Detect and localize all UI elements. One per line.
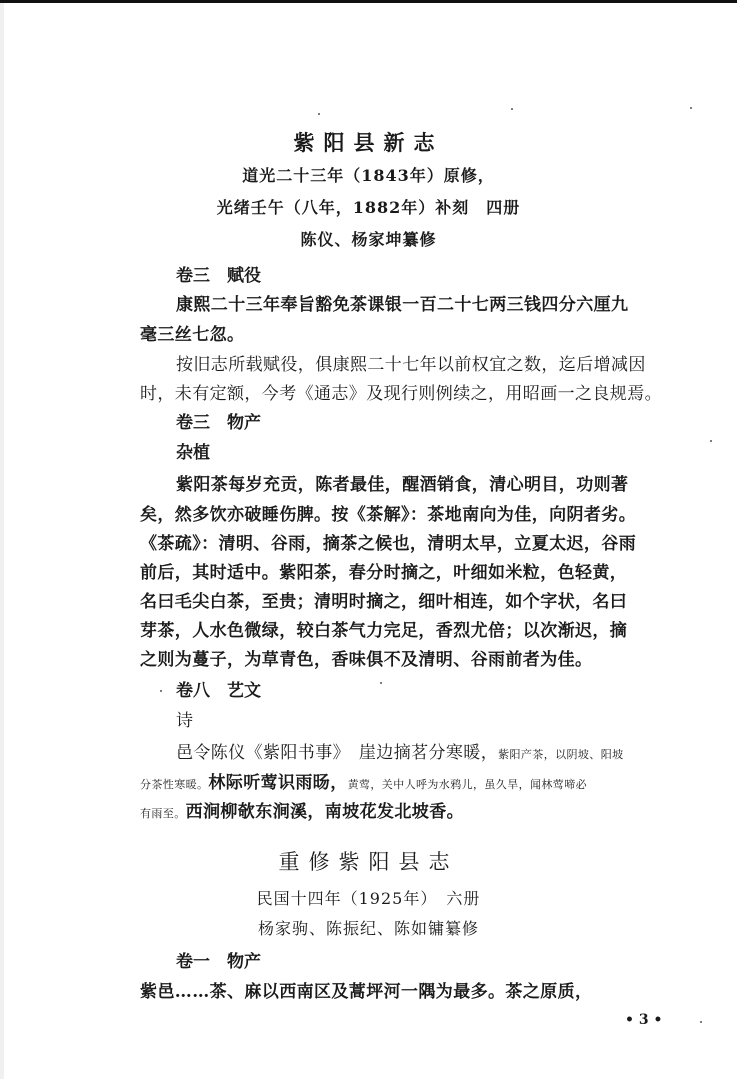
text-line: 毫三丝七忽。 bbox=[140, 320, 244, 345]
poem-subheading: 诗 bbox=[176, 706, 193, 731]
scan-speck bbox=[710, 440, 712, 442]
text-line: 之则为蔓子，为草青色，香味俱不及清明、谷雨前者为佳。 bbox=[140, 645, 592, 670]
text-line: 名曰毛尖白茶，至贵；清明时摘之，细叶相连，如个字状，名曰 bbox=[140, 587, 627, 612]
text-line: 矣，然多饮亦破睡伤脾。按《茶解》：茶地南向为佳，向阴者劣。 bbox=[140, 500, 636, 525]
section1-edition-line1: 道光二十三年（1843年）原修， bbox=[0, 163, 737, 186]
poem-line3-note: 有雨至。 bbox=[140, 807, 186, 820]
scan-speck bbox=[380, 682, 382, 684]
juan3-wuchan-heading: 卷三 物产 bbox=[176, 408, 261, 433]
text-line: 康熙二十三年奉旨豁免茶课银一百二十七两三钱四分六厘九 bbox=[176, 290, 628, 315]
text-line: 紫阳茶每岁充贡，陈者最佳，醒酒销食，清心明目，功则著 bbox=[176, 470, 628, 495]
text-line: 前后，其时适中。紫阳茶，春分时摘之，叶细如米粒，色轻黄， bbox=[140, 558, 627, 583]
poem-line2-main: 林际听莺识雨旸， bbox=[208, 773, 347, 793]
section1-edition-line2: 光绪壬午（八年，1882年）补刻 四册 bbox=[0, 195, 737, 218]
section2-title: 重修紫阳县志 bbox=[0, 846, 737, 876]
juan8-yiwen-heading: 卷八 艺文 bbox=[176, 676, 261, 701]
page-number: • 3 • bbox=[625, 1012, 662, 1028]
scan-speck bbox=[690, 107, 692, 109]
text-line: 《茶疏》：清明、谷雨，摘茶之候也，清明太早，立夏太迟，谷雨 bbox=[140, 529, 636, 554]
text-line: 按旧志所载赋役，俱康熙二十七年以前权宜之数，迄后增减因 bbox=[176, 350, 646, 375]
zazhi-subheading: 杂植 bbox=[176, 438, 210, 463]
poem-line-3: 有雨至。西涧柳欹东涧溪，南坡花发北坡香。 bbox=[140, 797, 464, 822]
scan-speck bbox=[700, 1021, 702, 1023]
poem-line-2: 分茶性寒暖。林际听莺识雨旸，黄莺，关中人呼为水鸦儿，虽久旱，闻林莺啼必 bbox=[140, 768, 587, 793]
poem-line-1: 邑令陈仪《紫阳书事》 崖边摘茗分寒暖，紫阳产茶，以阴坡、阳坡 bbox=[176, 738, 624, 763]
poem-line2-note-b: 黄莺，关中人呼为水鸦儿，虽久旱，闻林莺啼必 bbox=[348, 778, 587, 791]
scan-speck bbox=[318, 113, 320, 115]
poem-line1-main: 邑令陈仪《紫阳书事》 崖边摘茗分寒暖， bbox=[176, 743, 498, 763]
poem-line1-note: 紫阳产茶，以阴坡、阳坡 bbox=[498, 748, 623, 761]
section1-compilers: 陈仪、杨家坤纂修 bbox=[0, 227, 737, 250]
section1-title: 紫阳县新志 bbox=[0, 127, 737, 157]
juan1-wuchan-heading: 卷一 物产 bbox=[176, 947, 261, 972]
section2-compilers: 杨家驹、陈振纪、陈如镛纂修 bbox=[0, 916, 737, 939]
juan3-fuyi-heading: 卷三 赋役 bbox=[176, 261, 261, 286]
scan-speck bbox=[160, 690, 162, 692]
document-page: 紫阳县新志 道光二十三年（1843年）原修， 光绪壬午（八年，1882年）补刻 … bbox=[0, 0, 737, 1079]
text-line: 紫邑……茶、麻以西南区及蒿坪河一隅为最多。茶之原质， bbox=[140, 977, 592, 1002]
scan-speck bbox=[511, 108, 513, 110]
poem-line3-main: 西涧柳欹东涧溪，南坡花发北坡香。 bbox=[186, 802, 464, 822]
poem-line2-note-a: 分茶性寒暖。 bbox=[140, 778, 208, 791]
text-line: 芽茶，人水色微绿，较白茶气力完足，香烈尤倍；以次渐迟，摘 bbox=[140, 616, 627, 641]
text-line: 时，未有定额，今考《通志》及现行则例续之，用昭画一之良规焉。 bbox=[140, 379, 662, 404]
section2-edition-line: 民国十四年（1925年） 六册 bbox=[0, 886, 737, 909]
